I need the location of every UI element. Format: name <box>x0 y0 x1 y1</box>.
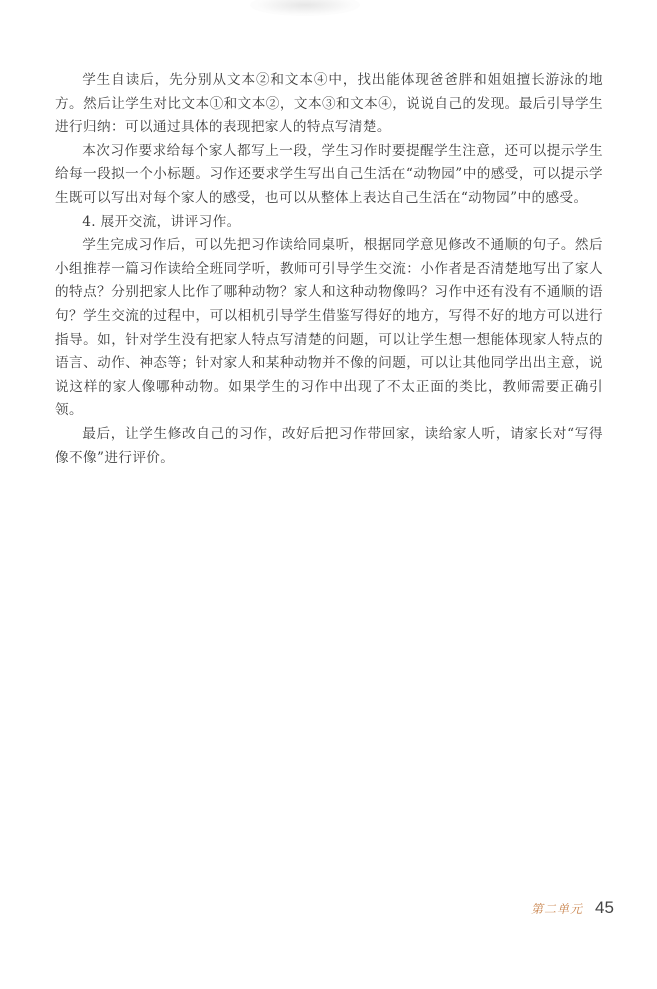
page-body: 学生自读后，先分别从文本②和文本④中，找出能体现爸爸胖和姐姐擅长游泳的地方。然后… <box>55 69 603 470</box>
scan-smudge <box>250 0 360 16</box>
unit-label: 第二单元 <box>531 900 583 917</box>
paragraph-writing-requirements: 本次习作要求给每个家人都写上一段，学生习作时要提醒学生注意，还可以提示学生给每一… <box>55 140 603 211</box>
section-heading-step-4: 4. 展开交流，讲评习作。 <box>55 211 603 235</box>
paragraph-self-reading: 学生自读后，先分别从文本②和文本④中，找出能体现爸爸胖和姐姐擅长游泳的地方。然后… <box>55 69 603 140</box>
page-number: 45 <box>595 898 614 918</box>
paragraph-final-revision: 最后，让学生修改自己的习作，改好后把习作带回家，读给家人听，请家长对“写得像不像… <box>55 423 603 470</box>
paragraph-exchange-review: 学生完成习作后，可以先把习作读给同桌听，根据同学意见修改不通顺的句子。然后小组推… <box>55 234 603 423</box>
page-footer: 第二单元 45 <box>531 898 614 918</box>
